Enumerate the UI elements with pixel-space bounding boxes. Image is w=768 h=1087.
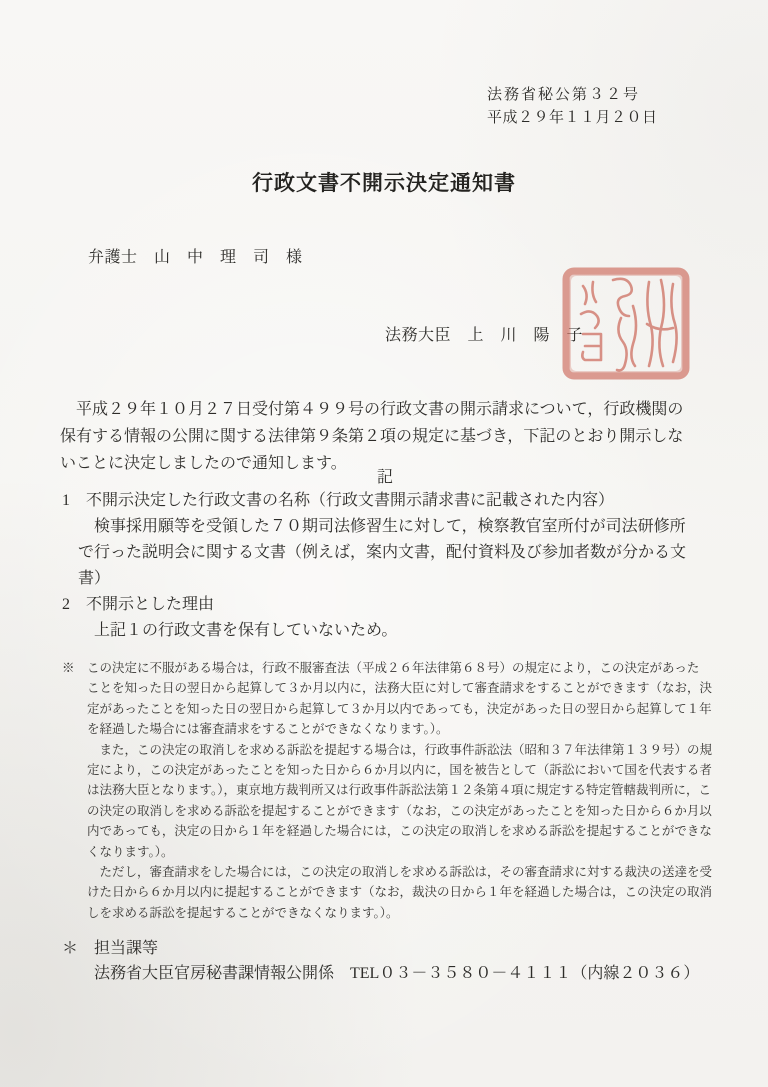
- text-line: は法務大臣となります。），東京地方裁判所又は行政事件訴訟法第１２条第４項に規定す…: [62, 780, 722, 800]
- text-line: また，この決定の取消しを求める訴訟を提起する場合は，行政事件訴訟法（昭和３７年法…: [62, 740, 722, 760]
- sender-minister-name: 法務大臣 上 川 陽 子: [385, 322, 583, 345]
- text-line: ただし，審査請求をした場合には，この決定の取消しを求める訴訟は，その審査請求に対…: [62, 862, 722, 882]
- text-line: ＊ 担当課等: [62, 936, 742, 961]
- item-1-body: 検事採用願等を受領した７０期司法修習生に対して，検察教官室所付が司法研修所 で行…: [62, 514, 722, 592]
- text-line: 保有する情報の公開に関する法律第９条第２項の規定に基づき，下記のとおり開示しな: [60, 423, 720, 450]
- item-1-document-name: 1 不開示決定した行政文書の名称（行政文書開示請求書に記載された内容） 検事採用…: [62, 488, 722, 592]
- text-line: ※ この決定に不服がある場合は，行政不服審査法（平成２６年法律第６８号）の規定に…: [62, 658, 722, 678]
- appeal-rights-note: ※ この決定に不服がある場合は，行政不服審査法（平成２６年法律第６８号）の規定に…: [62, 658, 722, 923]
- text-line: 定があったことを知った日の翌日から起算して３か月以内であっても，決定があった日の…: [62, 699, 722, 719]
- notice-document-page: 法務省秘公第３２号 平成２９年１１月２０日 行政文書不開示決定通知書 弁護士 山…: [0, 0, 768, 1087]
- text-line: の決定の取消しを求める訴訟を提起することができます（なお，この決定があったことを…: [62, 801, 722, 821]
- document-title: 行政文書不開示決定通知書: [0, 167, 768, 197]
- item-2-heading: 2 不開示とした理由: [62, 592, 722, 618]
- text-line: しを求める訴訟を提起することができなくなります。）。: [62, 903, 722, 923]
- item-2-body: 上記１の行政文書を保有していないため。: [62, 618, 722, 644]
- text-line: で行った説明会に関する文書（例えば，案内文書，配付資料及び参加者数が分かる文: [62, 540, 722, 566]
- document-meta: 法務省秘公第３２号 平成２９年１１月２０日: [487, 84, 658, 130]
- ki-label: 記: [60, 464, 710, 487]
- text-line: 平成２９年１０月２７日受付第４９９号の行政文書の開示請求について，行政機関の: [60, 396, 720, 423]
- text-line: 内であっても，決定の日から１年を経過した場合には，この決定の取消しを求める訴訟を…: [62, 821, 722, 841]
- minister-seal-stamp-icon: [561, 266, 691, 381]
- text-line: ことを知った日の翌日から起算して３か月以内に，法務大臣に対して審査請求をすること…: [62, 678, 722, 698]
- text-line: 定により，この決定があったことを知った日から６か月以内に，国を被告として（訴訟に…: [62, 760, 722, 780]
- item-2-reason: 2 不開示とした理由 上記１の行政文書を保有していないため。: [62, 592, 722, 644]
- contact-section: ＊ 担当課等 法務省大臣官房秘書課情報公開係 TEL０３－３５８０－４１１１（内…: [62, 936, 742, 986]
- text-line: 書）: [62, 566, 722, 592]
- addressee-name: 弁護士 山 中 理 司 様: [88, 244, 303, 267]
- text-line: 上記１の行政文書を保有していないため。: [62, 618, 722, 644]
- text-line: を経過した場合には審査請求をすることができなくなります。）。: [62, 719, 722, 739]
- document-date: 平成２９年１１月２０日: [487, 107, 658, 130]
- document-number: 法務省秘公第３２号: [487, 84, 658, 107]
- text-line: 法務省大臣官房秘書課情報公開係 TEL０３－３５８０－４１１１（内線２０３６）: [62, 961, 742, 986]
- item-1-heading: 1 不開示決定した行政文書の名称（行政文書開示請求書に記載された内容）: [62, 488, 722, 514]
- text-line: けた日から６か月以内に提起することができます（なお，裁決の日から１年を経過した場…: [62, 882, 722, 902]
- text-line: くなります。）。: [62, 842, 722, 862]
- text-line: 検事採用願等を受領した７０期司法修習生に対して，検察教官室所付が司法研修所: [62, 514, 722, 540]
